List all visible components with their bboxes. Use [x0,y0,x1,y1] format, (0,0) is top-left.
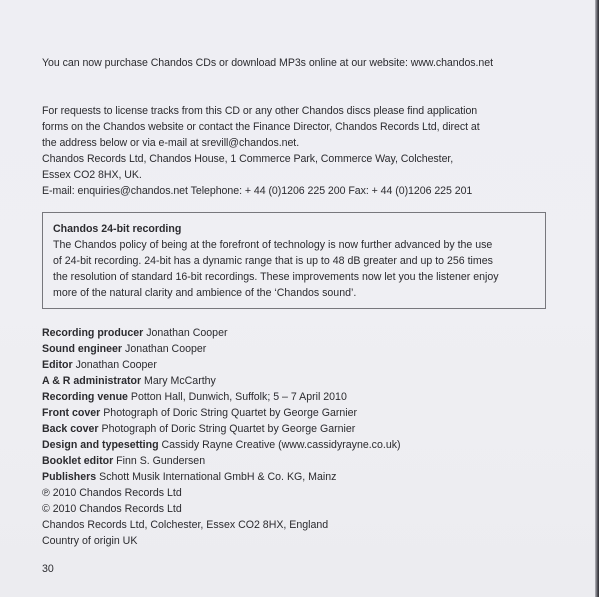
credit-value: Potton Hall, Dunwich, Suffolk; 5 – 7 Apr… [131,391,347,403]
license-line: the address below or via e-mail at srevi… [42,135,480,151]
credit-value: Jonathan Cooper [125,343,206,355]
credits-list: Recording producer Jonathan CooperSound … [42,325,401,549]
box-title: Chandos 24-bit recording [53,221,499,237]
recording-info-box: Chandos 24-bit recording The Chandos pol… [42,212,546,309]
credit-row: Country of origin UK [42,533,401,549]
credit-value: Mary McCarthy [144,375,216,387]
credit-row: © 2010 Chandos Records Ltd [42,501,401,517]
contact-address: Chandos Records Ltd, Chandos House, 1 Co… [42,151,472,199]
credit-row: Design and typesetting Cassidy Rayne Cre… [42,437,401,453]
credit-label: A & R administrator [42,375,141,387]
credit-label: Recording venue [42,391,128,403]
address-line: Essex CO2 8HX, UK. [42,167,472,183]
credit-row: Sound engineer Jonathan Cooper [42,341,401,357]
credit-label: Booklet editor [42,455,113,467]
credit-value: Country of origin UK [42,535,137,547]
box-line: more of the natural clarity and ambience… [53,285,499,301]
credit-row: Back cover Photograph of Doric String Qu… [42,421,401,437]
credit-row: Chandos Records Ltd, Colchester, Essex C… [42,517,401,533]
credit-label: Front cover [42,407,100,419]
credit-row: Publishers Schott Musik International Gm… [42,469,401,485]
credit-label: Sound engineer [42,343,122,355]
page-edge-shadow [595,0,599,597]
license-info: For requests to license tracks from this… [42,103,480,151]
credit-value: Jonathan Cooper [76,359,157,371]
license-line: For requests to license tracks from this… [42,103,480,119]
credit-row: Booklet editor Finn S. Gundersen [42,453,401,469]
credit-label: Publishers [42,471,96,483]
credit-value: Finn S. Gundersen [116,455,205,467]
credit-value: Photograph of Doric String Quartet by Ge… [103,407,357,419]
box-line: of 24-bit recording. 24-bit has a dynami… [53,253,499,269]
purchase-info: You can now purchase Chandos CDs or down… [42,55,493,71]
credit-value: Photograph of Doric String Quartet by Ge… [102,423,356,435]
purchase-text: You can now purchase Chandos CDs or down… [42,55,493,71]
credit-label: Design and typesetting [42,439,159,451]
credit-label: Editor [42,359,73,371]
credit-row: Recording producer Jonathan Cooper [42,325,401,341]
box-line: The Chandos policy of being at the foref… [53,237,499,253]
credit-value: Schott Musik International GmbH & Co. KG… [99,471,336,483]
credit-value: © 2010 Chandos Records Ltd [42,503,182,515]
license-line: forms on the Chandos website or contact … [42,119,480,135]
credit-value: ℗ 2010 Chandos Records Ltd [42,487,182,499]
credit-value: Jonathan Cooper [146,327,227,339]
credit-row: Recording venue Potton Hall, Dunwich, Su… [42,389,401,405]
booklet-page: You can now purchase Chandos CDs or down… [0,0,599,597]
page-number: 30 [42,561,54,577]
address-line: Chandos Records Ltd, Chandos House, 1 Co… [42,151,472,167]
contact-line: E-mail: enquiries@chandos.net Telephone:… [42,183,472,199]
credit-value: Cassidy Rayne Creative (www.cassidyrayne… [162,439,401,451]
credit-row: Editor Jonathan Cooper [42,357,401,373]
credit-label: Back cover [42,423,99,435]
credit-row: A & R administrator Mary McCarthy [42,373,401,389]
credit-value: Chandos Records Ltd, Colchester, Essex C… [42,519,328,531]
credit-label: Recording producer [42,327,143,339]
box-line: the resolution of standard 16-bit record… [53,269,499,285]
credit-row: ℗ 2010 Chandos Records Ltd [42,485,401,501]
credit-row: Front cover Photograph of Doric String Q… [42,405,401,421]
